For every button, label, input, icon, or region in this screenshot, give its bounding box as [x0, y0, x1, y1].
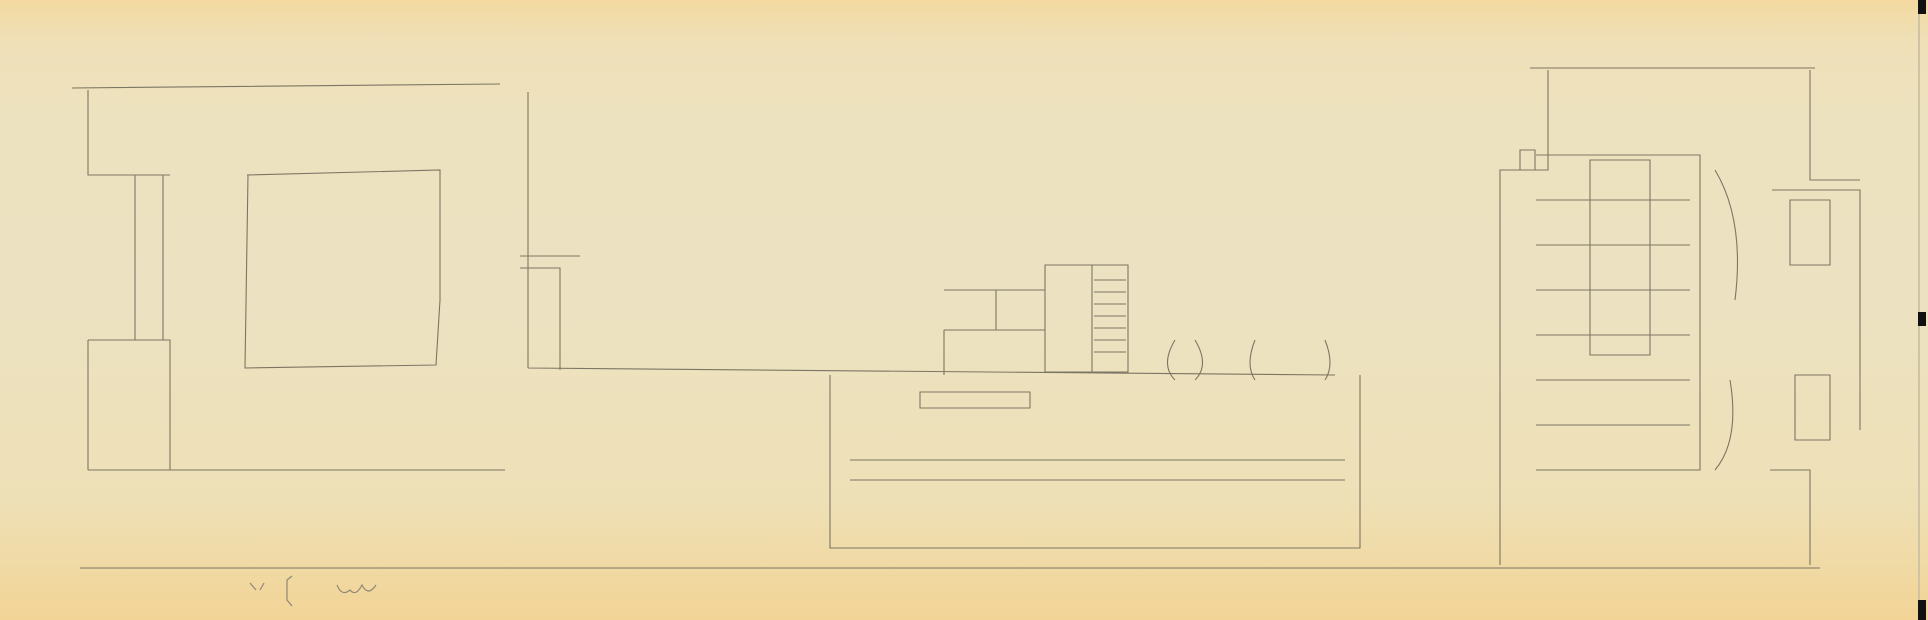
stair-block [1045, 265, 1128, 372]
right-hall-grid [1536, 200, 1690, 425]
floor-plan-sheet [0, 0, 1928, 620]
left-hall-wall-left [135, 175, 163, 340]
right-hall-courtyard [1536, 155, 1700, 470]
binding-tab-bottom [1918, 600, 1926, 620]
right-hall-outer [1500, 68, 1860, 565]
left-hall-right-wall [520, 92, 1335, 375]
curved-wall [1715, 170, 1738, 470]
floor-plan-drawing [0, 0, 1928, 620]
stair-treads [1094, 280, 1126, 352]
binding-tab-top [1918, 0, 1926, 14]
right-annex [1790, 200, 1830, 440]
right-hall-inner-room [1590, 160, 1650, 355]
left-hall-stair-small [1520, 150, 1535, 170]
binding-tab-middle [1918, 312, 1926, 326]
upper-service-rooms [944, 290, 1045, 375]
center-aisle-lines [850, 460, 1345, 480]
sheet-edge [1918, 0, 1920, 620]
margin-doodles [250, 576, 376, 606]
service-box [920, 392, 1030, 408]
left-hall-inner-room [245, 170, 440, 368]
center-left-divider [830, 375, 1360, 548]
